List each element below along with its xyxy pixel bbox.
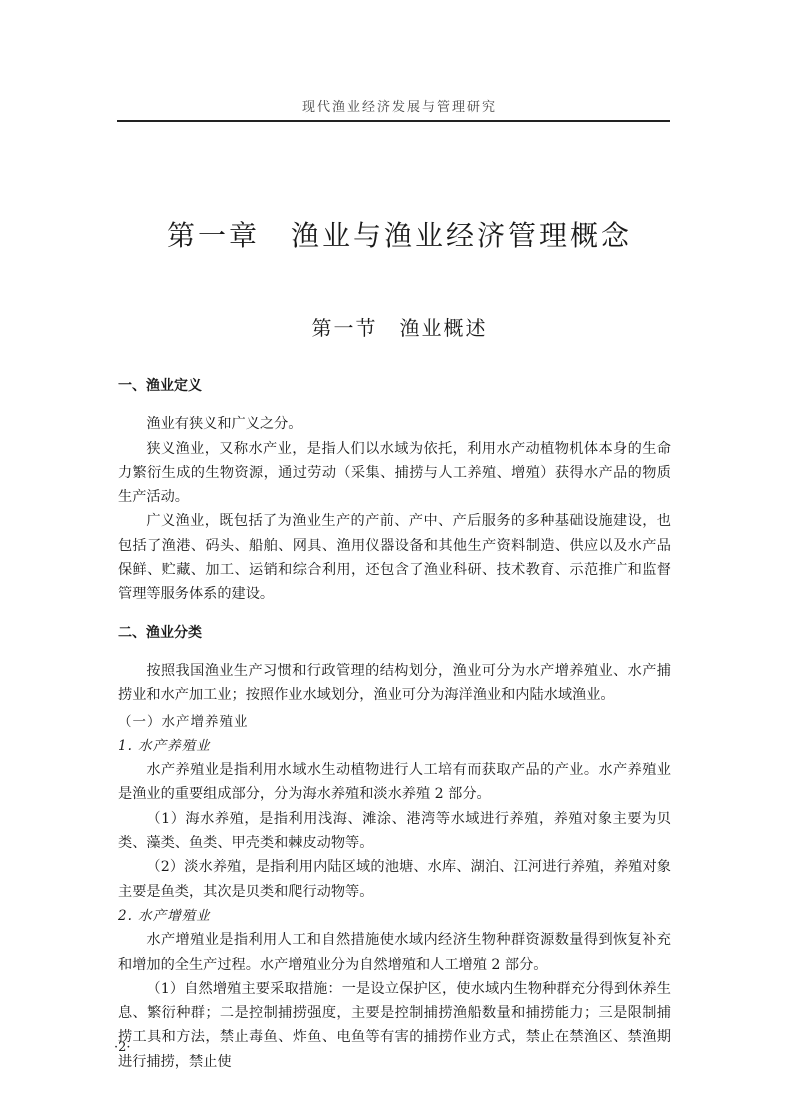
spacer	[118, 607, 671, 621]
paragraph: （1）海水养殖，是指利用浅海、滩涂、港湾等水域进行养殖，养殖对象主要为贝类、藻类…	[118, 807, 671, 856]
paragraph: 按照我国渔业生产习惯和行政管理的结构划分，渔业可分为水产增养殖业、水产捕捞业和水…	[118, 659, 671, 708]
running-header: 现代渔业经济发展与管理研究	[0, 96, 799, 115]
header-rule	[117, 120, 670, 122]
subheading-aquaculture: （一）水产增养殖业	[118, 710, 671, 734]
page-body: 一、渔业定义 渔业有狭义和广义之分。 狭义渔业，又称水产业，是指人们以水域为依托…	[118, 374, 671, 1074]
paragraph: 水产养殖业是指利用水域水生动植物进行人工培有而获取产品的产业。水产养殖业是渔业的…	[118, 758, 671, 807]
heading-definition: 一、渔业定义	[118, 374, 671, 398]
page-number: ·2·	[114, 1040, 131, 1055]
paragraph: （2）淡水养殖，是指利用内陆区域的池塘、水库、湖泊、江河进行养殖，养殖对象主要是…	[118, 855, 671, 904]
chapter-title: 第一章 渔业与渔业经济管理概念	[0, 214, 799, 254]
item-title-stock-enhancement: 2. 水产增殖业	[118, 904, 671, 928]
paragraph: 狭义渔业，又称水产业，是指人们以水域为依托，利用水产动植物机体本身的生命力繁衍生…	[118, 437, 671, 510]
section-title: 第一节 渔业概述	[0, 312, 799, 341]
paragraph: （1）自然增殖主要采取措施：一是设立保护区，使水域内生物种群充分得到休养生息、繁…	[118, 977, 671, 1074]
item-title-aquaculture-farming: 1. 水产养殖业	[118, 734, 671, 758]
paragraph: 渔业有狭义和广义之分。	[118, 412, 671, 436]
paragraph: 水产增殖业是指利用人工和自然措施使水域内经济生物种群资源数量得到恢复补充和增加的…	[118, 928, 671, 977]
heading-classification: 二、渔业分类	[118, 621, 671, 645]
paragraph: 广义渔业，既包括了为渔业生产的产前、产中、产后服务的多种基础设施建设，也包括了渔…	[118, 509, 671, 606]
